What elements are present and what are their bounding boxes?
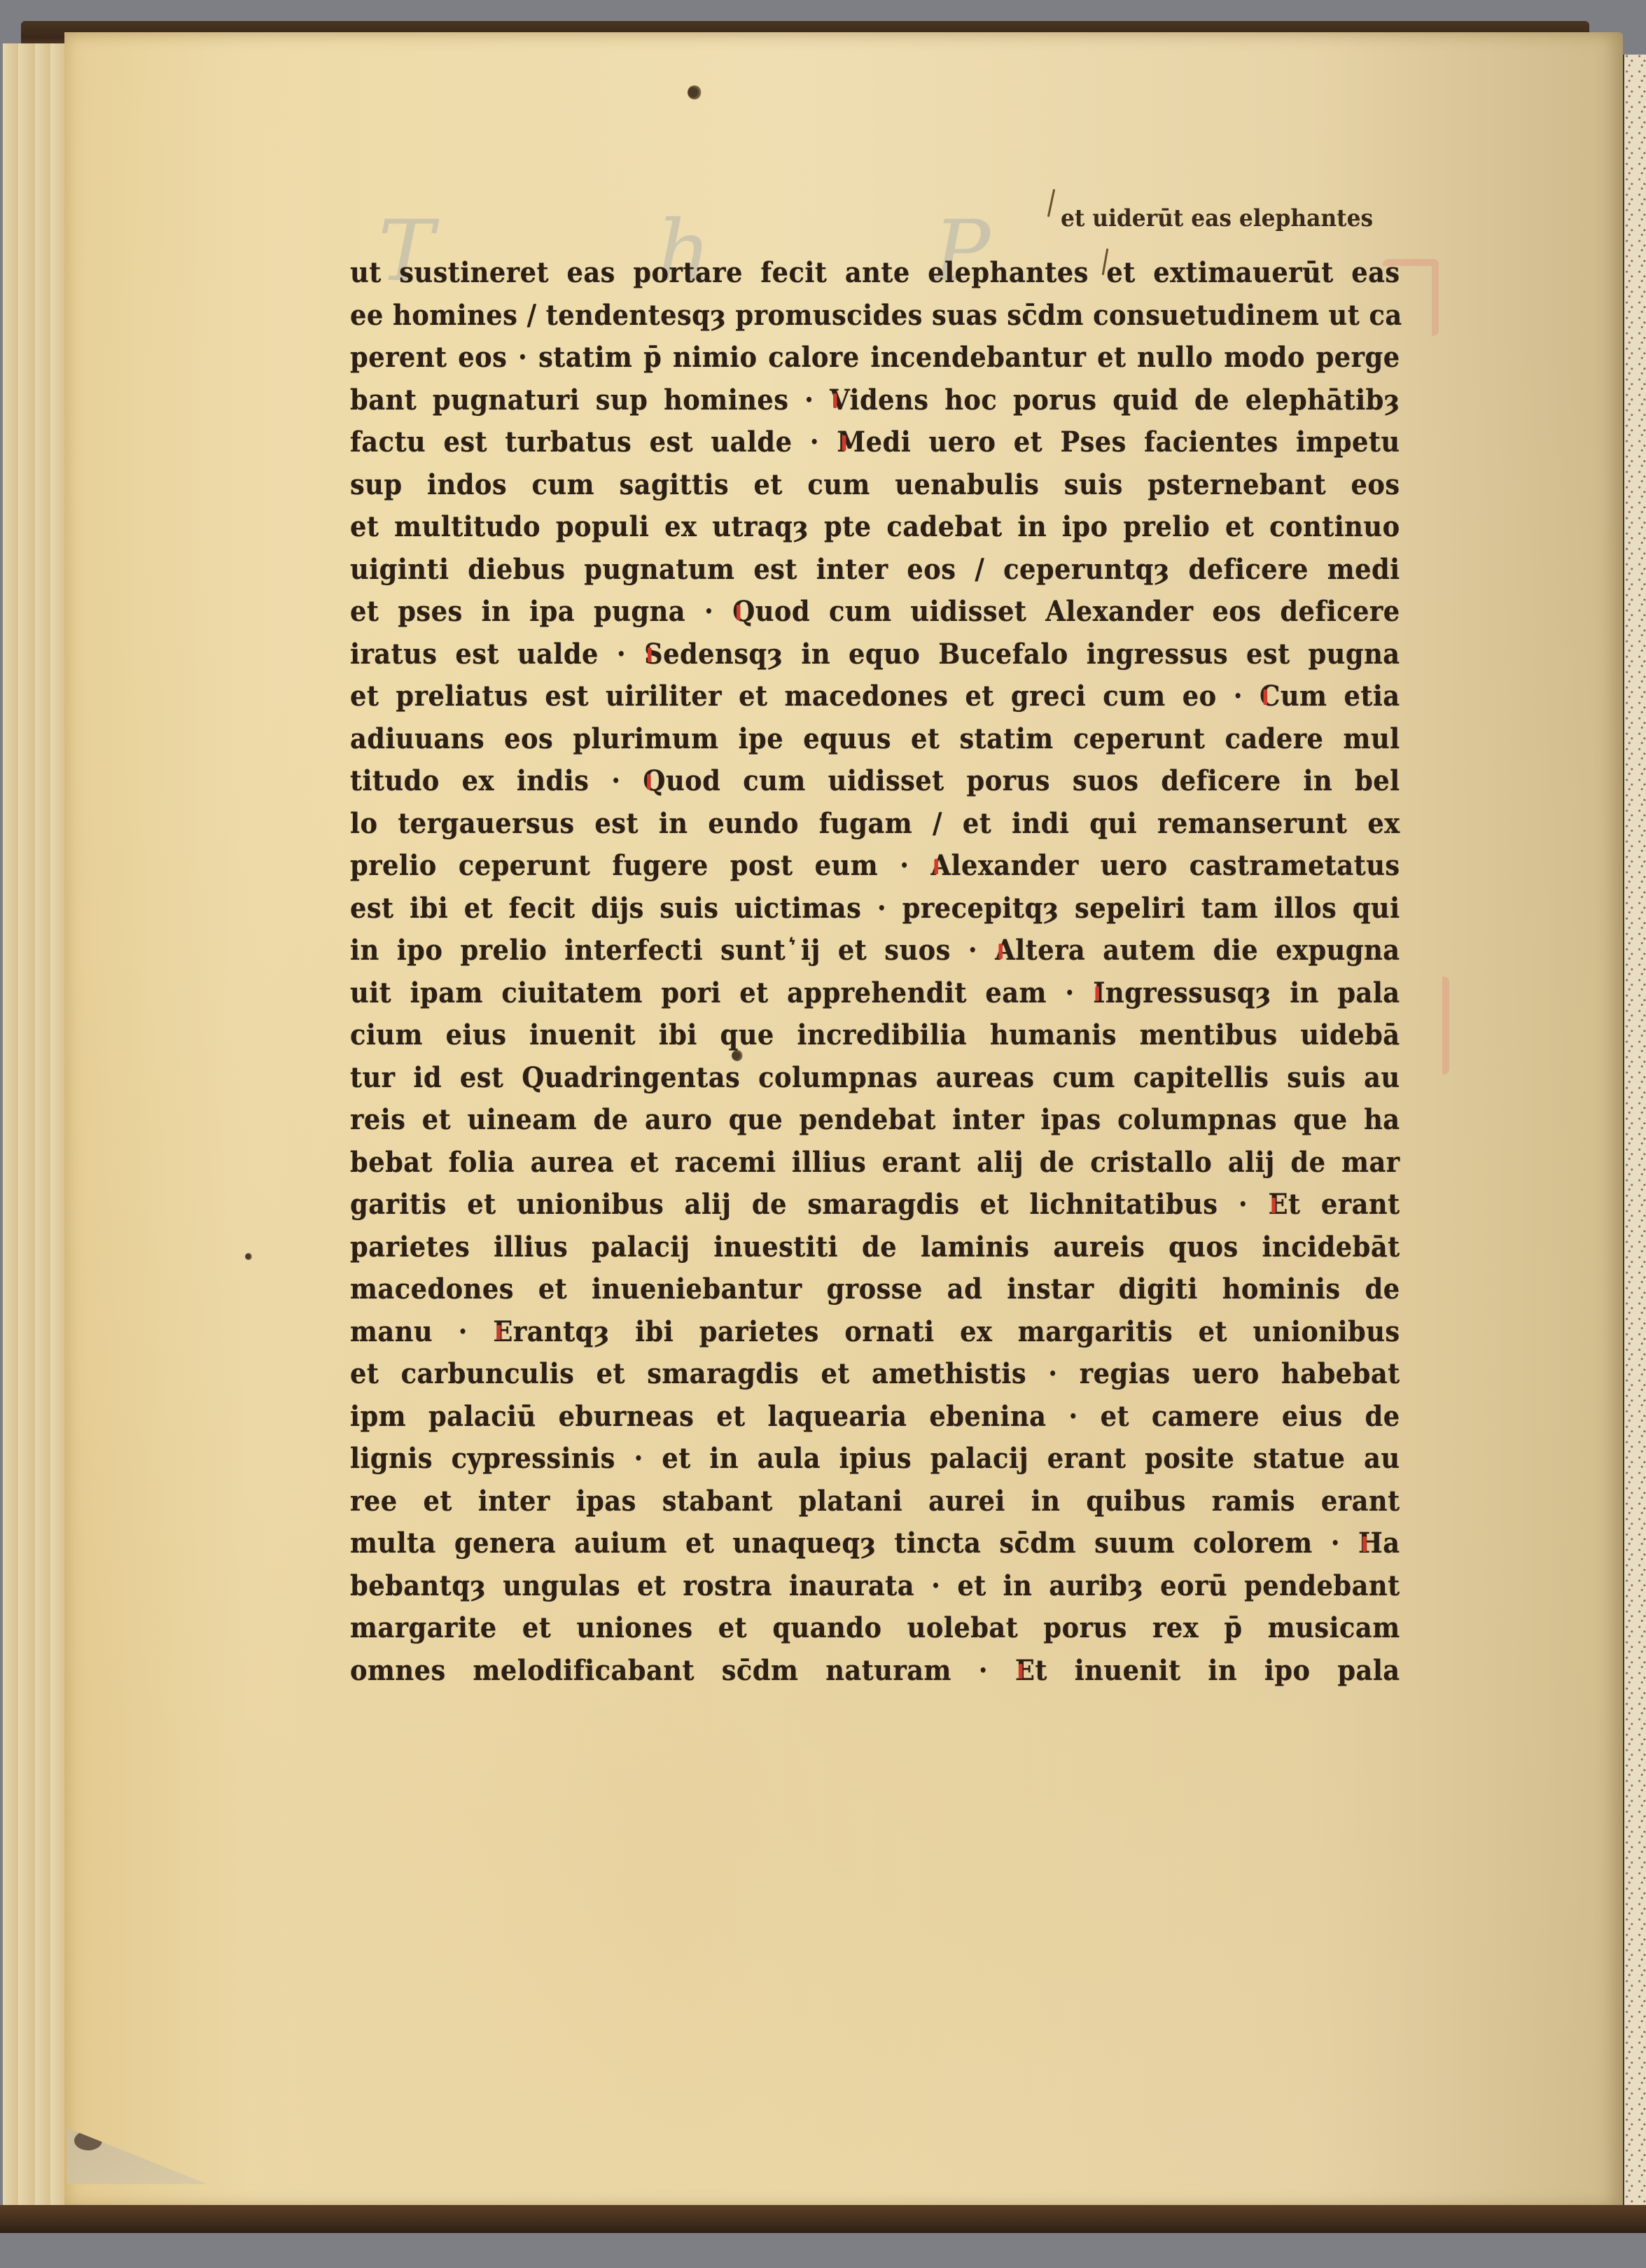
line-text: bant pugnaturi sup homines · (350, 384, 830, 416)
rubricated-initial: Q (732, 595, 755, 628)
text-line: in ipo prelio interfecti sunt ͛ĳ et suos… (350, 930, 1400, 972)
line-text: et preliatus est uiriliter et macedones … (350, 680, 1260, 713)
worm-hole (688, 85, 702, 99)
line-text: ngressusqȝ in pala (1106, 976, 1400, 1009)
book-binding-bottom (0, 2205, 1646, 2233)
rubricated-initial: Q (643, 764, 666, 797)
rubricated-initial: H (1358, 1527, 1383, 1560)
text-line: ree et inter ipas stabant platani aurei … (350, 1480, 1400, 1523)
text-line: factu est turbatus est ualde · Medi uero… (350, 421, 1400, 464)
line-text: omnes melodificabant sc̄dm naturam · (350, 1654, 1015, 1687)
page-edge (35, 43, 52, 2213)
rubricated-initial: I (1093, 976, 1106, 1009)
text-line: ee homines / tendentesqȝ promuscides sua… (350, 295, 1400, 337)
text-line: ipm palaciū eburneas et laquearia ebenin… (350, 1396, 1400, 1438)
page-edge (3, 43, 20, 2213)
text-line: prelio ceperunt fugere post eum · Alexan… (350, 845, 1400, 888)
rubricated-initial: S (644, 638, 663, 671)
text-line: et multitudo populi ex utraqȝ pte cadeba… (350, 506, 1400, 549)
line-text: idens hoc porus quid de elephātibȝ (850, 384, 1400, 416)
line-text: a (1383, 1527, 1400, 1560)
page-edge (18, 43, 36, 2213)
line-text: et pses in ipa pugna · (350, 595, 732, 628)
line-text: t erant (1288, 1188, 1400, 1221)
marginal-note: et uiderūt eas elephantes (1061, 204, 1373, 232)
text-line: margarite et uniones et quando uolebat p… (350, 1607, 1400, 1650)
text-line: sup indos cum sagittis et cum uenabulis … (350, 464, 1400, 507)
facing-flyleaf (1623, 55, 1646, 2211)
text-line: et pses in ipa pugna · Quod cum uidisset… (350, 591, 1400, 633)
rubricated-initial: E (1269, 1188, 1289, 1221)
text-line: est ibi et fecit dijs suis uictimas · pr… (350, 888, 1400, 930)
text-line: reis et uineam de auro que pendebat inte… (350, 1099, 1400, 1142)
line-text: titudo ex indis · (350, 764, 643, 797)
line-text: in ipo prelio interfecti sunt ͛ĳ et suos… (350, 934, 995, 967)
line-text: uod cum uidisset Alexander eos deficere (755, 595, 1400, 628)
text-line: bebantqȝ ungulas et rostra inaurata · et… (350, 1565, 1400, 1608)
line-text: rantqȝ ibi parietes ornati ex margaritis… (513, 1315, 1400, 1348)
text-column: ut sustineret eas portare fecit ante ele… (350, 252, 1442, 1692)
text-line: tur id est Quadringentas columpnas aurea… (350, 1057, 1400, 1100)
rubricated-initial: A (995, 934, 1015, 967)
text-line: macedones et inueniebantur grosse ad ins… (350, 1268, 1400, 1311)
text-line: lo tergauersus est in eundo fugam / et i… (350, 803, 1400, 846)
line-text: lexander uero castrametatus (951, 849, 1400, 882)
line-text: multa genera auium et unaqueqȝ tincta sc… (350, 1527, 1358, 1560)
rubricated-initial: E (1015, 1654, 1035, 1687)
rubricated-initial: E (493, 1315, 513, 1348)
rubricated-initial: A (931, 849, 951, 882)
rubricated-initial: M (837, 426, 865, 458)
rubricated-initial: V (830, 384, 849, 416)
text-line: ut sustineret eas portare fecit ante ele… (350, 252, 1400, 295)
text-line: parietes illius palacij inuestiti de lam… (350, 1226, 1400, 1269)
line-text: factu est turbatus est ualde · (350, 426, 837, 458)
line-text: garitis et unionibus alij de smaragdis e… (350, 1188, 1269, 1221)
line-text: ltera autem die expugna (1015, 934, 1400, 967)
line-text: edensqȝ in equo Bucefalo ingressus est p… (663, 638, 1400, 671)
text-line: et preliatus est uiriliter et macedones … (350, 675, 1400, 718)
text-line: manu · Erantqȝ ibi parietes ornati ex ma… (350, 1311, 1400, 1354)
text-line: uiginti diebus pugnatum est inter eos / … (350, 549, 1400, 591)
text-line: omnes melodificabant sc̄dm naturam · Et … (350, 1650, 1400, 1693)
text-line: lignis cypressinis · et in aula ipius pa… (350, 1438, 1400, 1480)
line-text: uod cum uidisset porus suos deficere in … (666, 764, 1400, 797)
text-line: uit ipam ciuitatem pori et apprehendit e… (350, 972, 1400, 1015)
text-line: perent eos · statim p̄ nimio calore ince… (350, 337, 1400, 379)
line-text: iratus est ualde · (350, 638, 644, 671)
text-line: adiuuans eos plurimum ipe equus et stati… (350, 718, 1400, 761)
text-line: iratus est ualde · Sedensqȝ in equo Buce… (350, 633, 1400, 676)
line-text: um etia (1281, 680, 1400, 713)
text-line: garitis et unionibus alij de smaragdis e… (350, 1184, 1400, 1226)
worm-hole (245, 1253, 252, 1260)
line-text: edi uero et Pses facientes impetu (866, 426, 1400, 458)
line-text: prelio ceperunt fugere post eum · (350, 849, 931, 882)
line-text: t inuenit in ipo pala (1035, 1654, 1400, 1687)
rubricated-initial: C (1260, 680, 1281, 713)
text-line: et carbunculis et smaragdis et amethisti… (350, 1353, 1400, 1396)
line-text: manu · (350, 1315, 493, 1348)
text-line: bebat folia aurea et racemi illius erant… (350, 1142, 1400, 1184)
text-line: multa genera auium et unaqueqȝ tincta sc… (350, 1522, 1400, 1565)
text-line: cium eius inuenit ibi que incredibilia h… (350, 1014, 1400, 1057)
text-line: titudo ex indis · Quod cum uidisset poru… (350, 760, 1400, 803)
line-text: uit ipam ciuitatem pori et apprehendit e… (350, 976, 1093, 1009)
text-line: bant pugnaturi sup homines · Videns hoc … (350, 379, 1400, 422)
